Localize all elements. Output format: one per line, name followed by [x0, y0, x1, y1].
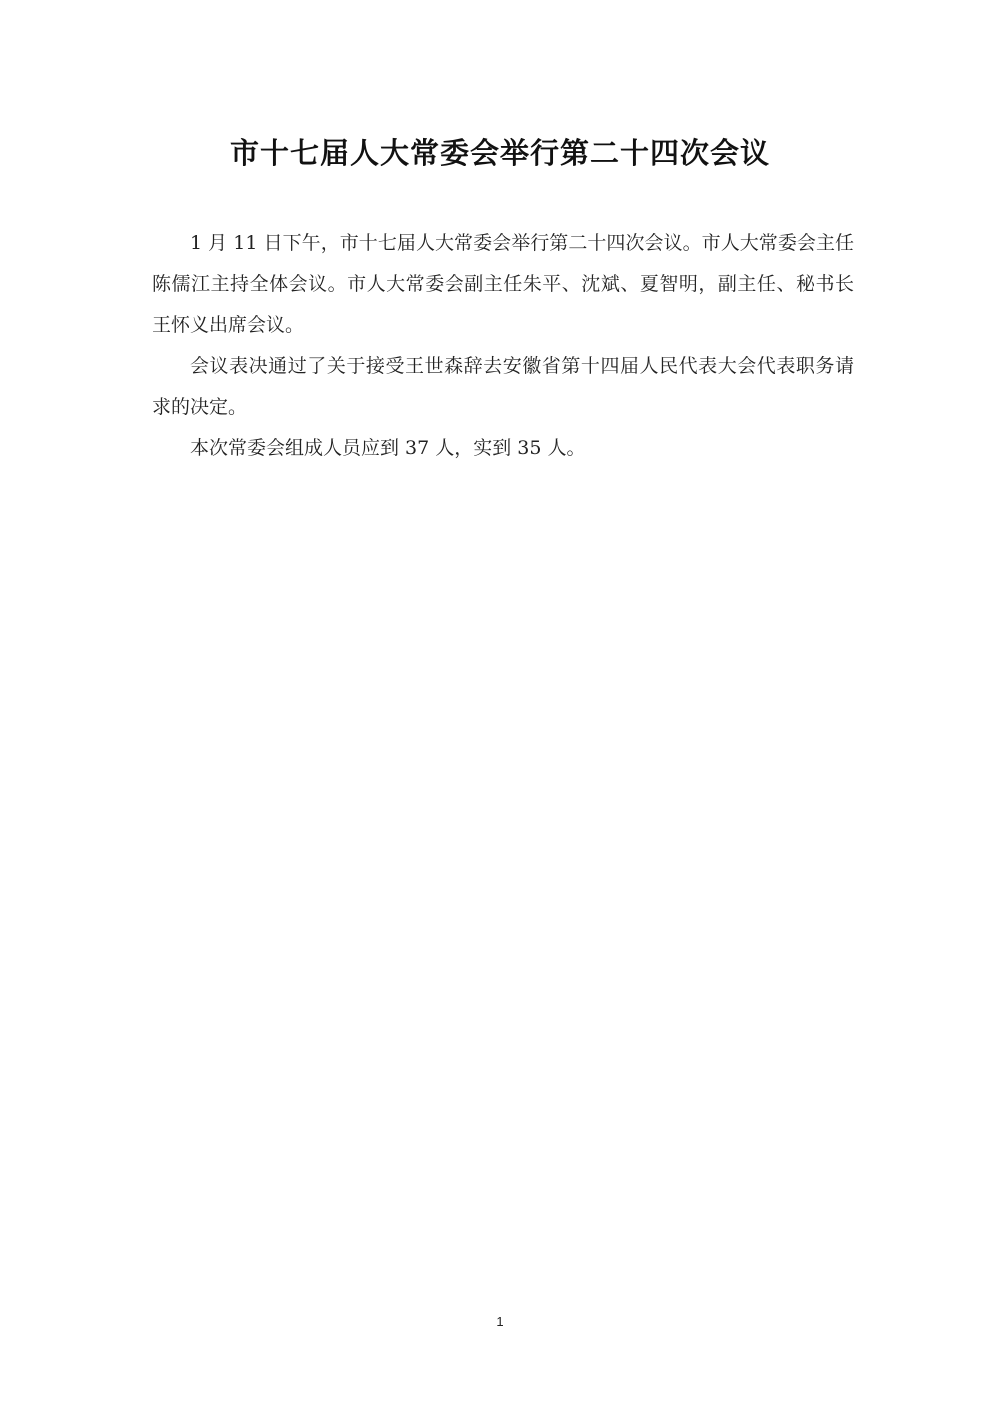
document-title: 市十七届人大常委会举行第二十四次会议 [0, 131, 1000, 175]
paragraph-attendance: 本次常委会组成人员应到 37 人，实到 35 人。 [152, 428, 854, 469]
document-page: 市十七届人大常委会举行第二十四次会议 1 月 11 日下午，市十七届人大常委会举… [0, 0, 1000, 1415]
document-body: 1 月 11 日下午，市十七届人大常委会举行第二十四次会议。市人大常委会主任陈儒… [152, 223, 854, 469]
paragraph-resolution: 会议表决通过了关于接受王世森辞去安徽省第十四届人民代表大会代表职务请求的决定。 [152, 346, 854, 428]
paragraph-meeting-summary: 1 月 11 日下午，市十七届人大常委会举行第二十四次会议。市人大常委会主任陈儒… [152, 223, 854, 346]
page-number: 1 [0, 1314, 1000, 1329]
